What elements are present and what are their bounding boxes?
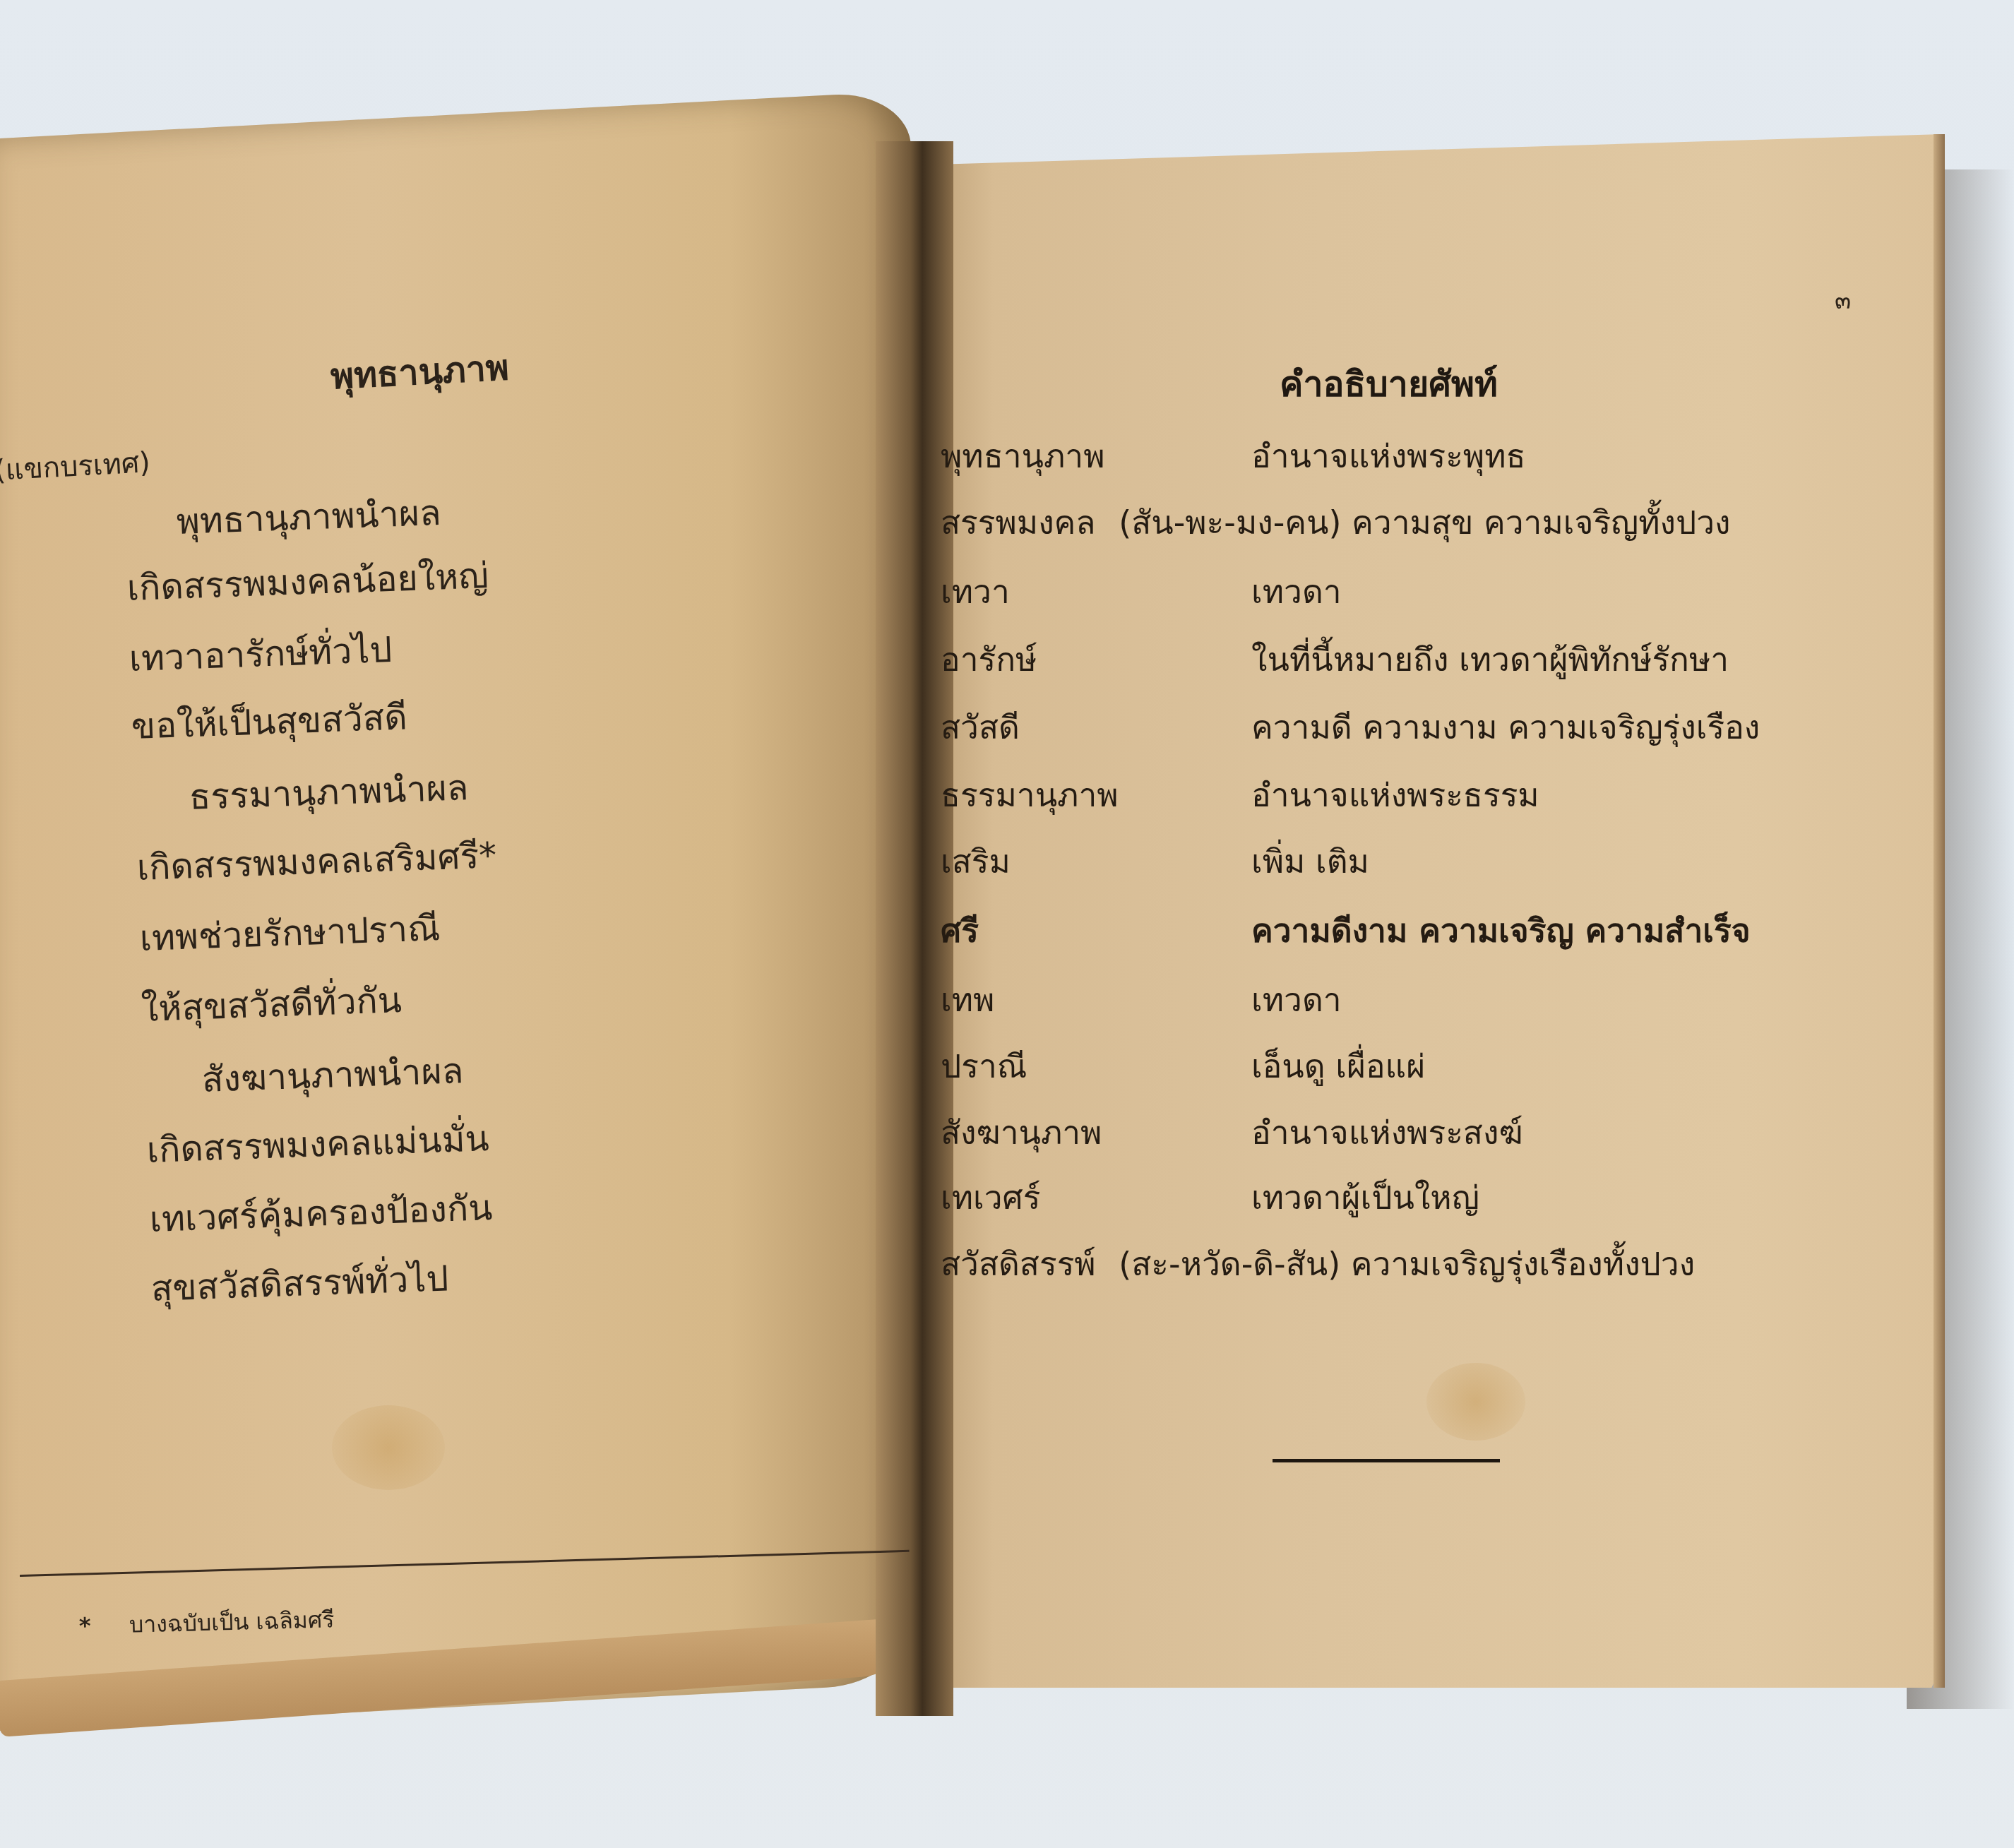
glossary-term: อารักษ์ [941, 634, 1037, 686]
poem-line: ให้สุขสวัสดีทั่วกัน [141, 972, 403, 1037]
paper-stain [1426, 1363, 1525, 1441]
poem-line: พุทธานุภาพนำผล [176, 485, 442, 550]
glossary-definition: ในที่นี้หมายถึง เทวดาผู้พิทักษ์รักษา [1251, 634, 1729, 686]
poem-line: เทวาอารักษ์ทั่วไป [129, 622, 393, 687]
poem-line: ขอให้เป็นสุขสวัสดี [131, 689, 408, 755]
poem-line: ธรรมานุภาพนำผล [189, 760, 470, 825]
glossary-term: ธรรมานุภาพ [941, 770, 1119, 821]
glossary-entry: สวัสดิสรรพ์ (สะ-หวัด-ดิ-สัน) ความเจริญรุ… [941, 1239, 1695, 1290]
footnote-marker: * [79, 1612, 92, 1639]
paper-stain [332, 1405, 445, 1490]
glossary-term: สังฆานุภาพ [941, 1107, 1102, 1159]
glossary-definition: อำนาจแห่งพระพุทธ [1251, 431, 1526, 482]
glossary-term: สวัสดี [941, 702, 1020, 753]
glossary-term: สวัสดิสรรพ์ [941, 1245, 1096, 1283]
left-page-title: พุทธานุภาพ [329, 340, 510, 405]
glossary-definition: ความดีงาม ความเจริญ ความสำเร็จ [1251, 905, 1751, 957]
glossary-definition: เทวดา [1251, 566, 1342, 618]
melody-note: (แขกบรเทศ) [0, 439, 151, 492]
footnote-text: บางฉบับเป็น เฉลิมศรี [129, 1606, 334, 1638]
glossary-definition: (สัน-พะ-มง-คน) ความสุข ความเจริญทั้งปวง [1119, 503, 1730, 542]
glossary-entry: สรรพมงคล (สัน-พะ-มง-คน) ความสุข ความเจริ… [941, 497, 1731, 549]
left-page [0, 90, 911, 1731]
glossary-definition: อำนาจแห่งพระสงฆ์ [1251, 1107, 1523, 1159]
glossary-term: สรรพมงคล [941, 503, 1096, 542]
glossary-definition: เทวดาผู้เป็นใหญ่ [1251, 1172, 1479, 1224]
poem-line: เทเวศร์คุ้มครองป้องกัน [149, 1180, 494, 1248]
glossary-definition: อำนาจแห่งพระธรรม [1251, 770, 1539, 821]
glossary-term: ปราณี [941, 1041, 1027, 1092]
glossary-term: เทวา [941, 566, 1010, 618]
poem-line: เทพช่วยรักษาปราณี [139, 900, 441, 967]
footnote: * บางฉบับเป็น เฉลิมศรี [78, 1602, 335, 1644]
glossary-term: เสริม [941, 836, 1011, 888]
glossary-term: ศรี [941, 905, 979, 957]
glossary-term: เทพ [941, 974, 994, 1026]
right-page-edge [1933, 134, 1945, 1688]
glossary-definition: ความดี ความงาม ความเจริญรุ่งเรือง [1251, 702, 1760, 753]
poem-line: เกิดสรรพมงคลแม่นมั่น [146, 1111, 490, 1179]
glossary-definition: เอ็นดู เผื่อแผ่ [1251, 1041, 1425, 1092]
glossary-definition: เทวดา [1251, 974, 1342, 1026]
poem-line: สังฆานุภาพนำผล [201, 1043, 465, 1108]
glossary-definition: (สะ-หวัด-ดิ-สัน) ความเจริญรุ่งเรืองทั้งป… [1119, 1245, 1695, 1283]
poem-line: สุขสวัสดิสรรพ์ทั่วไป [150, 1251, 450, 1317]
section-end-rule [1273, 1459, 1500, 1462]
glossary-term: พุทธานุภาพ [941, 431, 1104, 482]
page-number: ๓ [1835, 281, 1851, 319]
glossary-definition: เพิ่ม เติม [1251, 836, 1369, 888]
glossary-term: เทเวศร์ [941, 1172, 1041, 1224]
glossary-title: คำอธิบายศัพท์ [1280, 357, 1498, 412]
